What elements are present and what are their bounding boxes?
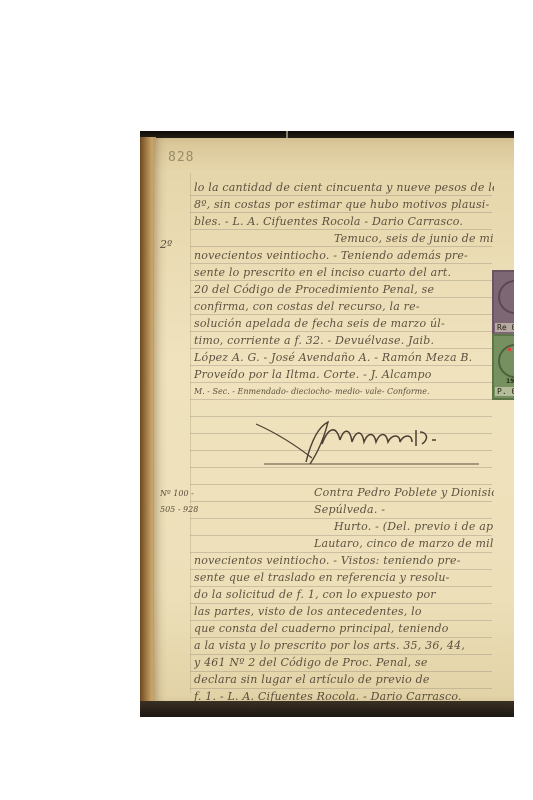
handwritten-line: Proveído por la Iltma. Corte. ‑ J. Alcam… (194, 367, 494, 383)
stamp-year: 1928 (506, 378, 514, 385)
ledger-page: 828 2º lo la cantidad de cient cincuenta… (154, 138, 514, 701)
coat-of-arms-icon (498, 344, 514, 378)
handwritten-line: Temuco, seis de junio de mil (194, 231, 494, 247)
handwritten-line: solución apelada de fecha seis de marzo … (194, 316, 494, 332)
handwritten-line: 8º, sin costas por estimar que hubo moti… (194, 197, 494, 213)
handwritten-line: Hurto. ‑ (Del. previo i de ap. fina) (194, 519, 494, 535)
handwritten-line: que consta del cuaderno principal, tenie… (194, 621, 494, 637)
entry-1-margin-note: 2º (160, 238, 172, 251)
handwritten-line: novecientos veintiocho. ‑ Teniendo ademá… (194, 248, 494, 264)
handwritten-line: M. ‑ Sec. ‑ Enmendado‑ dieciocho‑ medio‑… (194, 384, 494, 400)
signature: J. Alcampo M. (254, 418, 484, 468)
handwritten-line: sente que el traslado en referencia y re… (194, 570, 494, 586)
handwritten-line: y 461 Nº 2 del Código de Proc. Penal, se (194, 655, 494, 671)
ruled-line (190, 416, 492, 417)
handwritten-line: López A. G. ‑ José Avendaño A. ‑ Ramón M… (194, 350, 494, 366)
handwritten-line: confirma, con costas del recurso, la re- (194, 299, 494, 315)
bottom-shadow (140, 701, 514, 717)
red-mark (508, 348, 511, 351)
revenue-stamp-green: 1928 P. 01394 (492, 334, 514, 400)
stamp-serial: P. 01394 (495, 387, 514, 396)
handwritten-line: sente lo prescrito en el inciso cuarto d… (194, 265, 494, 281)
handwritten-line: novecientos veintiocho. ‑ Vistos: tenien… (194, 553, 494, 569)
handwritten-line: Lautaro, cinco de marzo de mil (194, 536, 494, 552)
entry-2-margin-note-number: Nº 100 ‑ (160, 489, 194, 498)
handwritten-line: a la vista y lo prescrito por los arts. … (194, 638, 494, 654)
handwritten-line: bles. ‑ L. A. Cifuentes Rocola ‑ Dario C… (194, 214, 494, 230)
revenue-stamp-purple: Re 0891 (492, 270, 514, 336)
document-photo: 828 2º lo la cantidad de cient cincuenta… (140, 131, 514, 717)
handwritten-line: Sepúlveda. ‑ (194, 502, 494, 518)
page-number: 828 (168, 150, 194, 165)
handwritten-line: lo la cantidad de cient cincuenta y nuev… (194, 180, 494, 196)
handwritten-line: declara sin lugar el artículo de previo … (194, 672, 494, 688)
handwritten-line: Contra Pedro Poblete y Dionisio (194, 485, 494, 501)
handwritten-line: do la solicitud de f. 1, con lo expuesto… (194, 587, 494, 603)
coat-of-arms-icon (498, 280, 514, 314)
entry-2-margin-note-case: 505 ‑ 928 (160, 505, 198, 514)
handwritten-line: timo, corriente a f. 32. ‑ Devuélvase. J… (194, 333, 494, 349)
handwritten-line: las partes, visto de los antecedentes, l… (194, 604, 494, 620)
stamp-serial: Re 0891 (495, 323, 514, 332)
handwritten-line: 20 del Código de Procedimiento Penal, se (194, 282, 494, 298)
